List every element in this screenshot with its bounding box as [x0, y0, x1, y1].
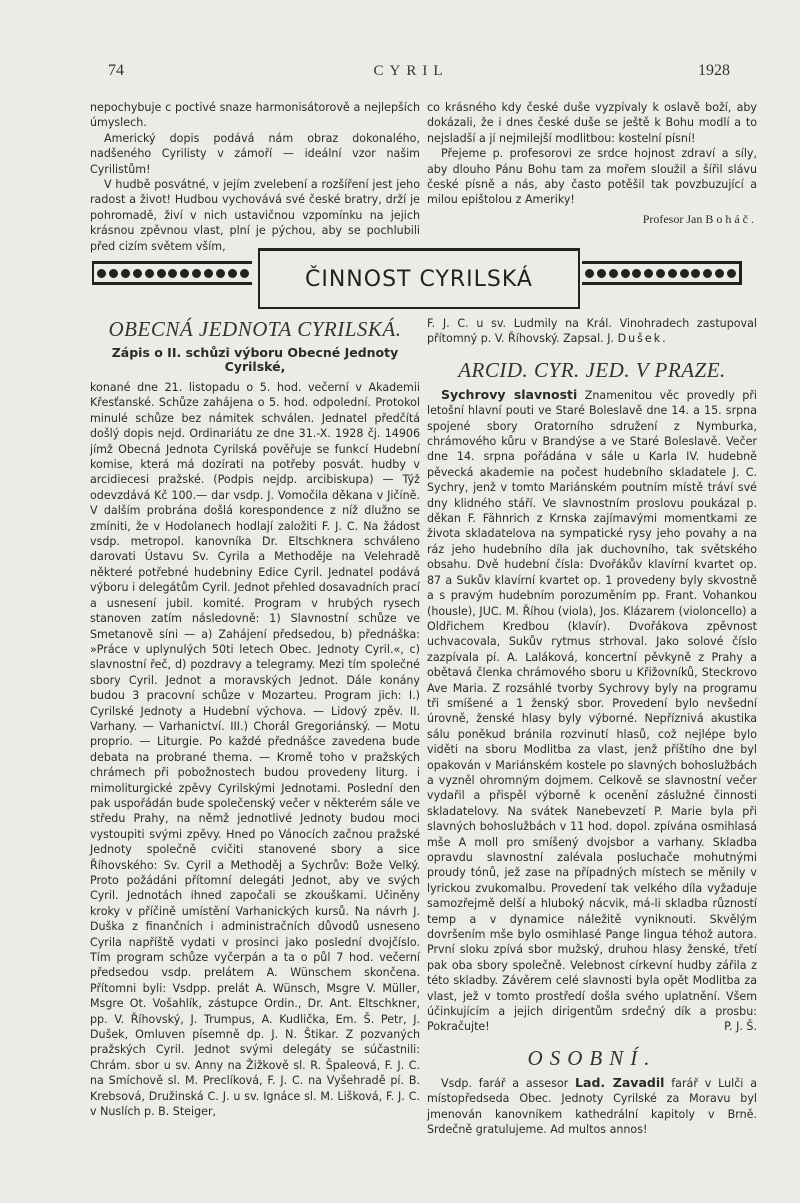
- section-body: konané dne 21. listopadu o 5. hod. večer…: [90, 380, 420, 1120]
- dot-ornament-left: [92, 261, 252, 285]
- page-number: 74: [108, 62, 124, 80]
- section-body: Sychrovy slavnosti Znamenitou věc proved…: [427, 387, 757, 1035]
- top-right-column: co krásného kdy české duše vyzpívaly k o…: [427, 100, 757, 227]
- year: 1928: [698, 62, 730, 80]
- section-body: Vsdp. farář a assesor Lad. Zavadil farář…: [427, 1075, 757, 1138]
- dot-ornament-right: [582, 261, 742, 285]
- paragraph: co krásného kdy české duše vyzpívaly k o…: [427, 100, 757, 146]
- section-title: ARCID. CYR. JED. V PRAZE.: [427, 357, 757, 383]
- section-title: OBECNÁ JEDNOTA CYRILSKÁ.: [90, 316, 420, 342]
- banner-title: ČINNOST CYRILSKÁ: [258, 248, 580, 309]
- paragraph: Americký dopis podává nám obraz dokonalé…: [90, 131, 420, 177]
- journal-title: CYRIL: [374, 63, 449, 80]
- section-banner: ČINNOST CYRILSKÁ: [92, 248, 742, 306]
- paragraph: nepochybuje c poctivé snaze harmonisátor…: [90, 100, 420, 131]
- paragraph: Přejeme p. profesorovi ze srdce hojnost …: [427, 146, 757, 208]
- section-subtitle: Zápis o II. schůzi výboru Obecné Jednoty…: [90, 346, 420, 374]
- continuation: F. J. C. u sv. Ludmily na Král. Vinohrad…: [427, 316, 757, 347]
- signature: Profesor Jan Boháč.: [427, 212, 757, 227]
- section-title: OSOBNÍ.: [427, 1045, 757, 1071]
- page-header: 74 CYRIL 1928: [108, 62, 730, 80]
- paragraph: V hudbě posvátné, v jejím zvelebení a ro…: [90, 177, 420, 254]
- right-bottom-column: F. J. C. u sv. Ludmily na Král. Vinohrad…: [427, 316, 757, 1138]
- signature: P. J. Š.: [710, 1019, 757, 1034]
- top-left-column: nepochybuje c poctivé snaze harmonisátor…: [90, 100, 420, 254]
- obecna-jednota-section: OBECNÁ JEDNOTA CYRILSKÁ. Zápis o II. sch…: [90, 316, 420, 1120]
